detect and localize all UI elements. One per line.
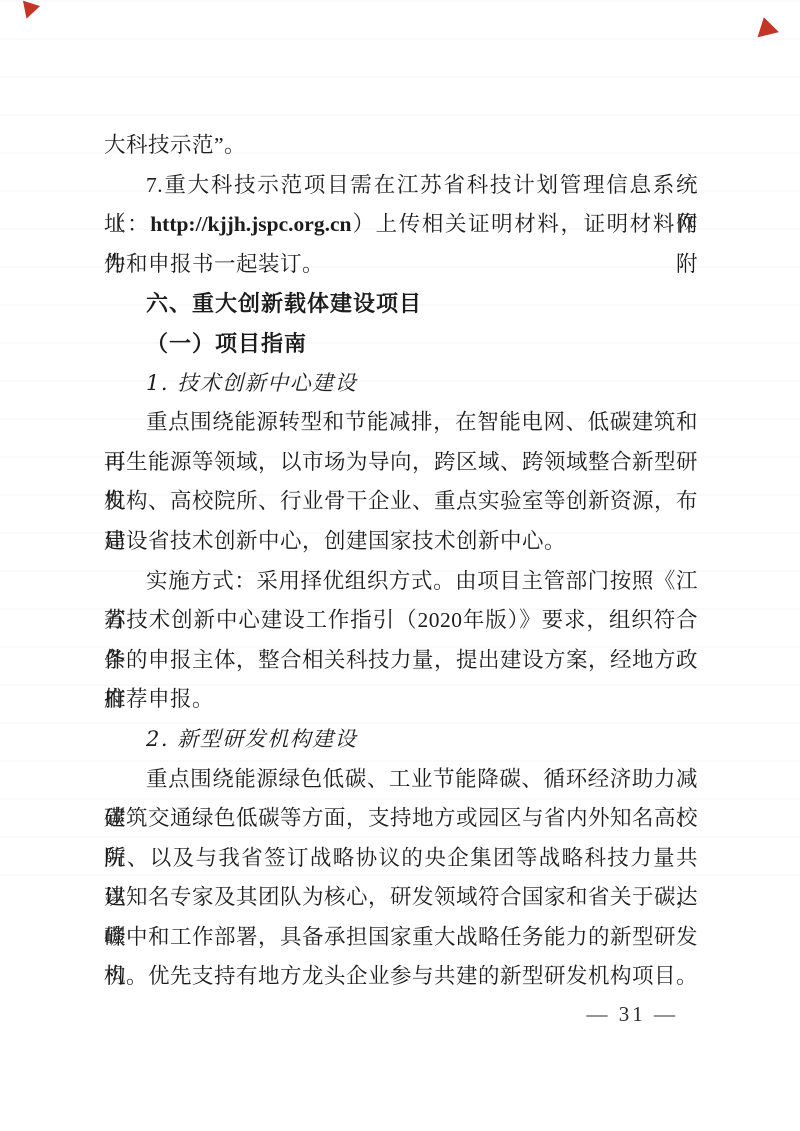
paragraph-line: 建筑交通绿色低碳等方面，支持地方或园区与省内外知名高校院 (104, 799, 698, 839)
paragraph-line: 推荐申报。 (104, 680, 698, 720)
item-heading-new-rd-institution: 2. 新型研发机构建设 (104, 720, 698, 760)
paragraph-line: 以知名专家及其团队为核心，研发领域符合国家和省关于碳达峰 (104, 878, 698, 918)
url-line-prefix: 址： (104, 212, 150, 236)
portal-url: http://kjjh.jspc.org.cn (150, 212, 351, 236)
document-page: 大科技示范”。 7.重大科技示范项目需在江苏省科技计划管理信息系统（网 址：ht… (0, 0, 800, 1131)
paragraph-line: 实施方式：采用择优组织方式。由项目主管部门按照《江苏 (104, 562, 698, 602)
paragraph-line: 碳中和工作部署，具备承担国家重大战略任务能力的新型研发机 (104, 918, 698, 958)
paragraph-line: 省技术创新中心建设工作指引（2020年版）》要求，组织符合条 (104, 601, 698, 641)
paragraph-line: 构。优先支持有地方龙头企业参与共建的新型研发机构项目。 (104, 957, 698, 997)
paragraph-line: 重点围绕能源转型和节能减排，在智能电网、低碳建筑和可 (104, 403, 698, 443)
paragraph-line: 建设省技术创新中心，创建国家技术创新中心。 (104, 522, 698, 562)
section-heading-major-carriers: 六、重大创新载体建设项目 (104, 284, 698, 324)
paragraph-line-url: 址：http://kjjh.jspc.org.cn）上传相关证明材料，证明材料作… (104, 205, 698, 245)
text-block: 大科技示范”。 7.重大科技示范项目需在江苏省科技计划管理信息系统（网 址：ht… (104, 126, 698, 997)
paragraph-line: 所、以及与我省签订战略协议的央企集团等战略科技力量共建， (104, 839, 698, 879)
paragraph-line: 机构、高校院所、行业骨干企业、重点实验室等创新资源，布局 (104, 482, 698, 522)
subsection-heading-project-guide: （一）项目指南 (104, 324, 698, 364)
paragraph-line: 重点围绕能源绿色低碳、工业节能降碳、循环经济助力减碳、 (104, 760, 698, 800)
page-number: — 31 — (587, 1002, 679, 1027)
item-heading-tech-innovation-center: 1. 技术创新中心建设 (104, 364, 698, 404)
paragraph-line: 7.重大科技示范项目需在江苏省科技计划管理信息系统（网 (104, 166, 698, 206)
red-corner-mark-top-left (18, 1, 40, 22)
red-corner-mark-top-right (753, 15, 779, 38)
paragraph-line: 大科技示范”。 (104, 126, 698, 166)
paragraph-line: 再生能源等领域，以市场为导向，跨区域、跨领域整合新型研发 (104, 443, 698, 483)
paragraph-line: 件的申报主体，整合相关科技力量，提出建设方案，经地方政府 (104, 641, 698, 681)
